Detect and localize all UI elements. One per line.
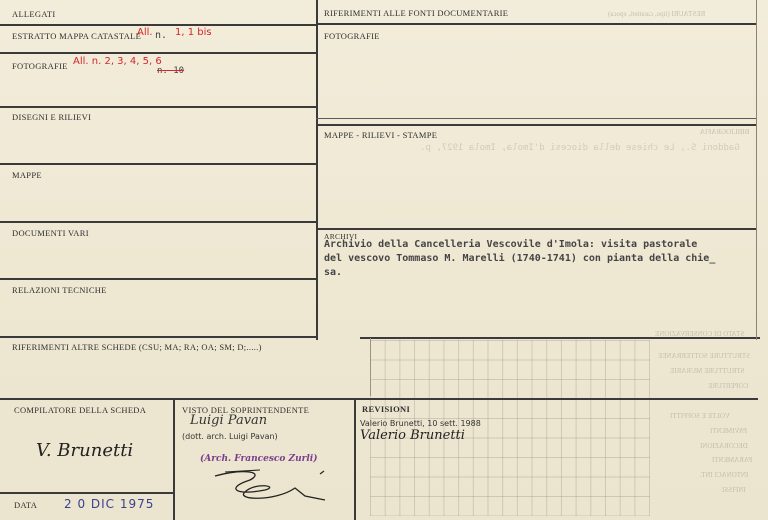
catalog-form-sheet: RESTAURI (tipo, caratteri, epoca) BIBLIO… [0, 0, 768, 520]
data-label: DATA [14, 500, 37, 510]
ghost-row-6: DECORAZIONI [700, 442, 748, 450]
ghost-row-9: INFISSI [722, 486, 746, 494]
revisioni-text: Valerio Brunetti, 10 sett. 1988 [360, 419, 481, 428]
fotografie-value: All. n. 2, 3, 4, 5, 6 [73, 56, 162, 67]
revisioni-label: REVISIONI [362, 404, 410, 414]
divider [0, 336, 316, 338]
archivi-line-2: del vescovo Tommaso M. Marelli (1740-174… [324, 253, 715, 264]
fotografie-label: FOTOGRAFIE [12, 61, 68, 71]
column-divider [316, 0, 318, 340]
divider [0, 278, 316, 280]
divider [0, 52, 316, 54]
relazioni-label: RELAZIONI TECNICHE [12, 285, 107, 295]
divider [316, 124, 756, 126]
divider [316, 228, 756, 230]
ghost-restauri: RESTAURI (tipo, caratteri, epoca) [608, 10, 705, 18]
fotografie-struck: n. 10 [157, 66, 184, 76]
soprintendente-signature-scribble [205, 466, 335, 506]
divider [0, 24, 316, 26]
divider [0, 163, 316, 165]
divider [0, 221, 316, 223]
divider [316, 118, 756, 119]
riferimenti-heading: RIFERIMENTI ALLE FONTI DOCUMENTARIE [324, 8, 508, 18]
divider [370, 338, 371, 396]
riferimenti-altre-schede-label: RIFERIMENTI ALTRE SCHEDE (CSU; MA; RA; O… [12, 342, 262, 352]
divider [0, 398, 758, 400]
ghost-row-4: VOLTE E SOFFITTI [670, 412, 730, 420]
ghost-row-8: INTONACI INT. [700, 471, 748, 479]
ghost-row-2: COPERTURE [708, 382, 748, 390]
visto-stamp: (Arch. Francesco Zurli) [200, 454, 317, 464]
documenti-label: DOCUMENTI VARI [12, 228, 89, 238]
divider [173, 398, 175, 520]
compilatore-signature: V. Brunetti [36, 440, 133, 461]
divider [360, 337, 760, 339]
fotografie-right-label: FOTOGRAFIE [324, 31, 380, 41]
visto-name: (dott. arch. Luigi Pavan) [182, 432, 278, 441]
divider [756, 0, 757, 340]
ghost-row-0: STRUTTURE SOTTERRANEE [658, 352, 750, 360]
ghost-row-7: PARAMENTI [712, 456, 752, 464]
estratto-typed-n: n. [155, 30, 167, 41]
ghost-row-1: STRUTTURE MURARIE [670, 367, 744, 375]
estratto-all-prefix: All. [137, 27, 153, 38]
allegati-heading: ALLEGATI [12, 9, 55, 19]
divider [0, 106, 316, 108]
archivi-line-3: sa. [324, 267, 342, 278]
divider [354, 398, 356, 520]
disegni-label: DISEGNI E RILIEVI [12, 112, 91, 122]
revisioni-signature: Valerio Brunetti [360, 428, 465, 443]
divider [316, 23, 756, 25]
ghost-bibliografia: BIBLIOGRAFIA [700, 128, 749, 136]
ghost-typed-line: Gaddoni S., Le chiese della diocesi d'Im… [420, 143, 740, 153]
divider [0, 492, 173, 494]
data-stamp: 2 0 DIC 1975 [64, 497, 154, 511]
visto-signature: Luigi Pavan [190, 413, 267, 428]
estratto-label: ESTRATTO MAPPA CATASTALE [12, 31, 141, 41]
compilatore-label: COMPILATORE DELLA SCHEDA [14, 405, 146, 415]
mappe-label: MAPPE [12, 170, 42, 180]
archivi-line-1: Archivio della Cancelleria Vescovile d'I… [324, 239, 697, 250]
ghost-row-5: PAVIMENTI [710, 427, 747, 435]
estratto-value: 1, 1 bis [175, 27, 212, 38]
mappe-rilievi-label: MAPPE - RILIEVI - STAMPE [324, 130, 437, 140]
